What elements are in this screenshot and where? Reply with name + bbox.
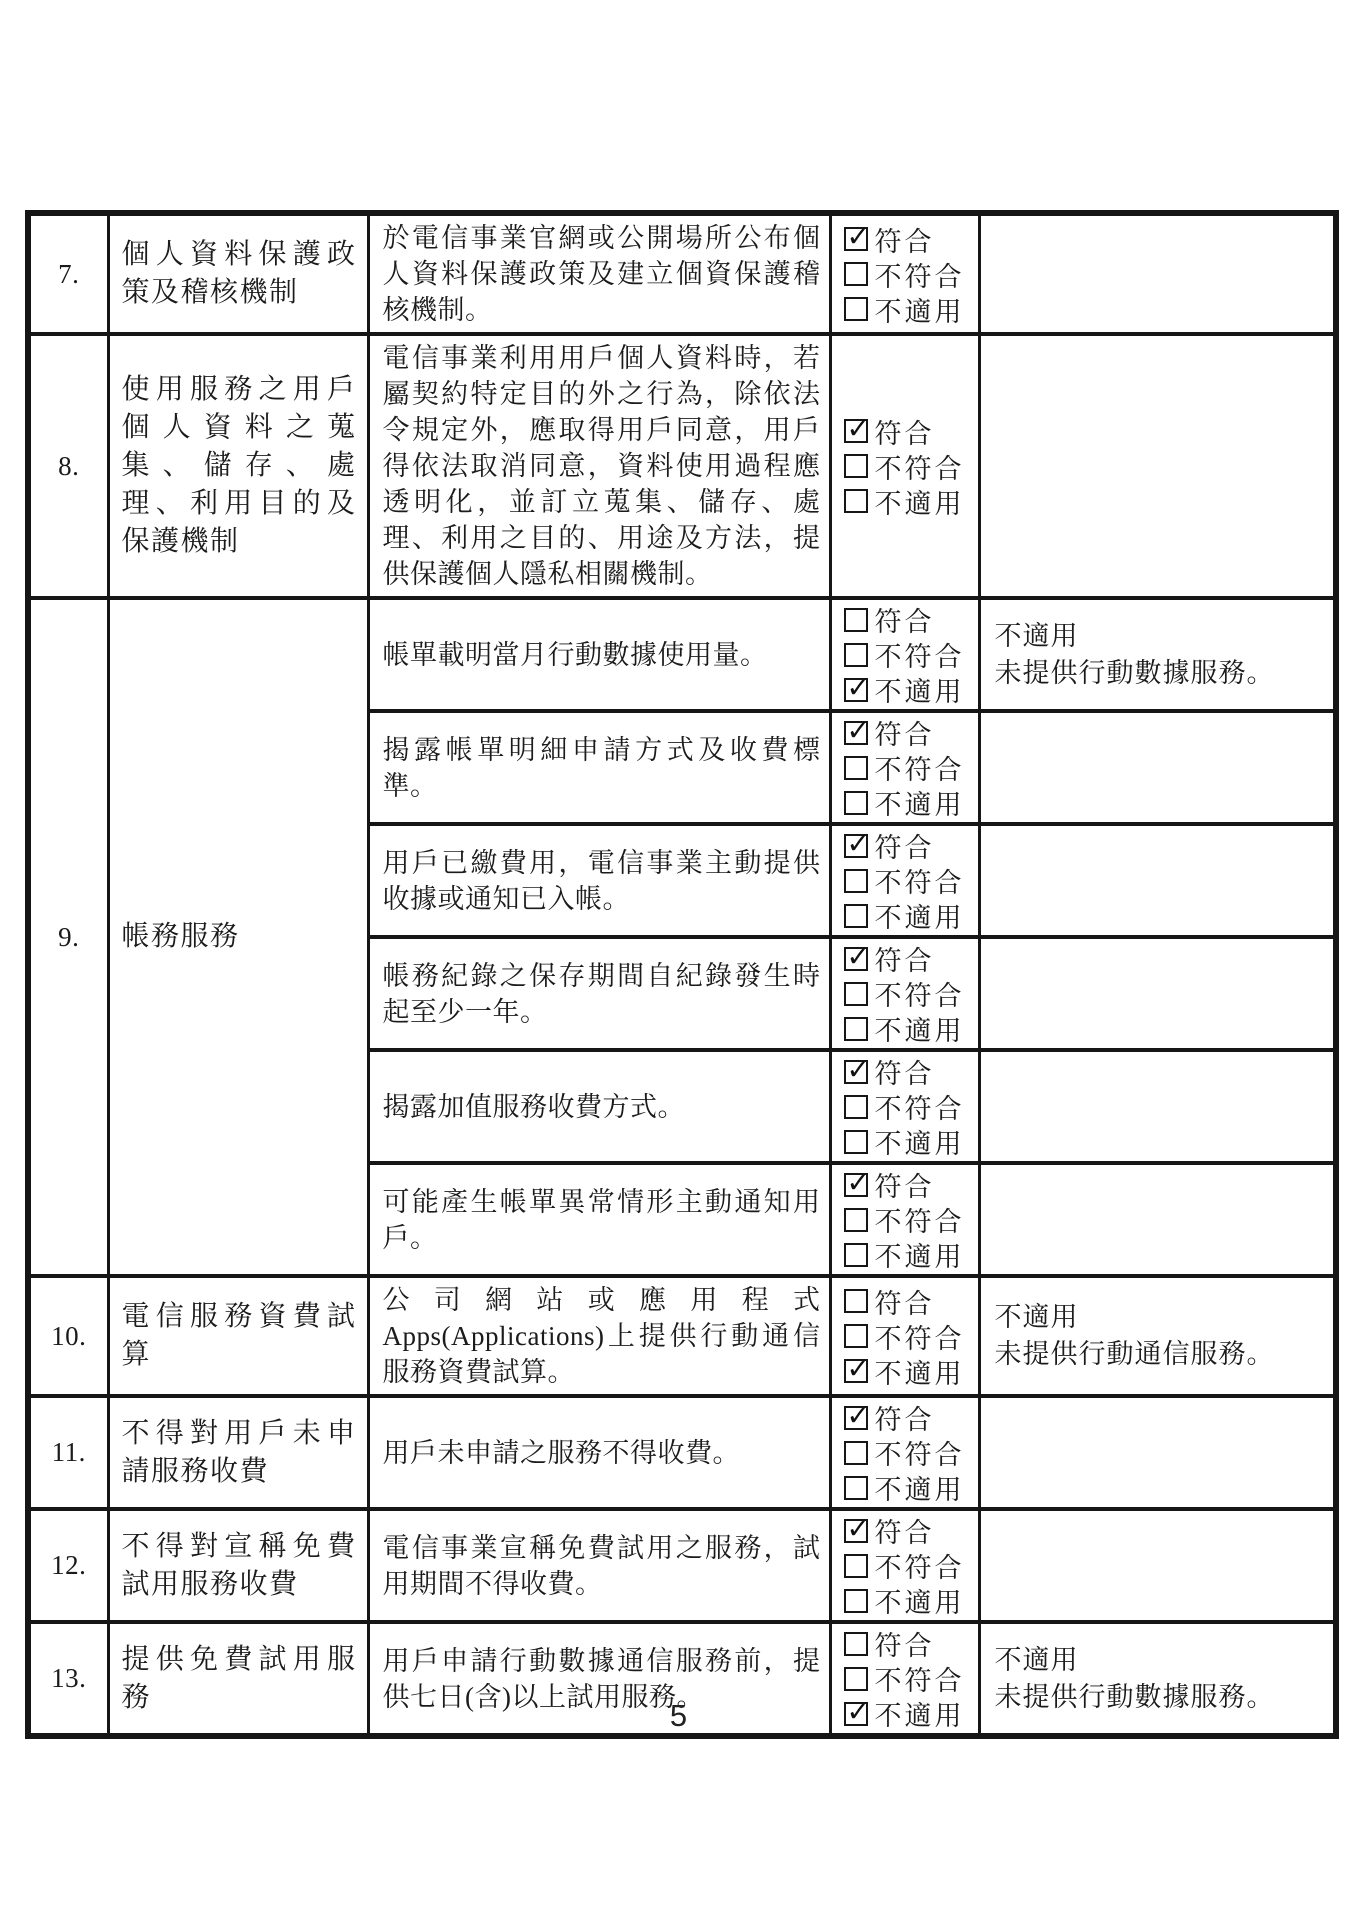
checkbox-label: 符合 (875, 600, 935, 639)
checkbox-label: 符合 (875, 1282, 935, 1321)
checkbox-option: 不適用 (844, 1011, 974, 1046)
checkbox-icon (844, 1173, 868, 1197)
item-name-cell: 使用服務之用戶個人資料之蒐集、儲存、處理、利用目的及保護機制 (108, 334, 368, 598)
checkbox-icon (844, 982, 868, 1006)
checkbox-icon (844, 297, 868, 321)
checkbox-group-cell: 符合 不符合 不適用 (830, 1509, 979, 1622)
row-number-cell: 7. (28, 213, 108, 334)
checkbox-option: 不符合 (844, 1661, 974, 1696)
description-cell: 公司網站或應用程式Apps(Applications)上提供行動通信服務資費試算… (368, 1276, 830, 1396)
checkbox-label: 不適用 (875, 1352, 965, 1391)
checkbox-icon (844, 1243, 868, 1267)
checkbox-group-cell: 符合 不符合 不適用 (830, 824, 979, 937)
table-row: 9. 帳務服務 帳單載明當月行動數據使用量。 符合 不符合 不適用 不適用 未提… (28, 598, 1336, 711)
checkbox-icon (844, 1632, 868, 1656)
row-number-cell: 8. (28, 334, 108, 598)
remark-cell (979, 1163, 1336, 1276)
checkbox-label: 符合 (875, 713, 935, 752)
checkbox-label: 符合 (875, 1165, 935, 1204)
checkbox-icon (844, 721, 868, 745)
remark-cell (979, 1050, 1336, 1163)
checkbox-option: 符合 (844, 1513, 974, 1548)
checkbox-label: 不符合 (875, 861, 965, 900)
item-name-cell: 帳務服務 (108, 598, 368, 1276)
checkbox-label: 符合 (875, 220, 935, 259)
remark-cell (979, 1509, 1336, 1622)
checkbox-icon (844, 1289, 868, 1313)
description-cell: 電信事業宣稱免費試用之服務，試用期間不得收費。 (368, 1509, 830, 1622)
checkbox-label: 不符合 (875, 974, 965, 1013)
checkbox-label: 符合 (875, 1398, 935, 1437)
checkbox-group-cell: 符合 不符合 不適用 (830, 711, 979, 824)
table-row: 7. 個人資料保護政策及稽核機制 於電信事業官網或公開場所公布個人資料保護政策及… (28, 213, 1336, 334)
checkbox-label: 不符合 (875, 1433, 965, 1472)
checkbox-label: 不符合 (875, 1659, 965, 1698)
checkbox-option: 不適用 (844, 672, 974, 707)
checkbox-group-cell: 符合 不符合 不適用 (830, 1276, 979, 1396)
checkbox-icon (844, 227, 868, 251)
checkbox-option: 不符合 (844, 750, 974, 785)
checkbox-option: 符合 (844, 602, 974, 637)
description-cell: 用戶已繳費用，電信事業主動提供收據或通知已入帳。 (368, 824, 830, 937)
checkbox-label: 不適用 (875, 670, 965, 709)
checkbox-group-cell: 符合 不符合 不適用 (830, 1163, 979, 1276)
remark-cell (979, 1396, 1336, 1509)
checkbox-icon (844, 1589, 868, 1613)
description-cell: 揭露帳單明細申請方式及收費標準。 (368, 711, 830, 824)
checkbox-label: 不適用 (875, 1581, 965, 1620)
checkbox-option: 不適用 (844, 898, 974, 933)
checkbox-icon (844, 791, 868, 815)
checkbox-icon (844, 643, 868, 667)
table-row: 12. 不得對宣稱免費試用服務收費 電信事業宣稱免費試用之服務，試用期間不得收費… (28, 1509, 1336, 1622)
checkbox-option: 不符合 (844, 1548, 974, 1583)
checkbox-icon (844, 1095, 868, 1119)
compliance-table: 7. 個人資料保護政策及稽核機制 於電信事業官網或公開場所公布個人資料保護政策及… (25, 210, 1339, 1739)
checkbox-icon (844, 1406, 868, 1430)
checkbox-label: 不符合 (875, 748, 965, 787)
row-number-cell: 12. (28, 1509, 108, 1622)
checkbox-label: 不適用 (875, 1235, 965, 1274)
checkbox-option: 不符合 (844, 1089, 974, 1124)
checkbox-option: 符合 (844, 715, 974, 750)
checkbox-label: 不適用 (875, 783, 965, 822)
checkbox-option: 不適用 (844, 1470, 974, 1505)
checkbox-icon (844, 1017, 868, 1041)
item-name-cell: 不得對宣稱免費試用服務收費 (108, 1509, 368, 1622)
checkbox-icon (844, 1519, 868, 1543)
checkbox-option: 符合 (844, 1284, 974, 1319)
checkbox-option: 不適用 (844, 1237, 974, 1272)
item-name-cell: 電信服務資費試算 (108, 1276, 368, 1396)
checkbox-icon (844, 419, 868, 443)
row-number-cell: 9. (28, 598, 108, 1276)
description-cell: 帳務紀錄之保存期間自紀錄發生時起至少一年。 (368, 937, 830, 1050)
description-cell: 電信事業利用用戶個人資料時，若屬契約特定目的外之行為，除依法令規定外，應取得用戶… (368, 334, 830, 598)
description-cell: 帳單載明當月行動數據使用量。 (368, 598, 830, 711)
remark-cell (979, 213, 1336, 334)
checkbox-label: 不符合 (875, 255, 965, 294)
checkbox-group-cell: 符合 不符合 不適用 (830, 1050, 979, 1163)
checkbox-icon (844, 1130, 868, 1154)
checkbox-group-cell: 符合 不符合 不適用 (830, 213, 979, 334)
checkbox-option: 不適用 (844, 484, 974, 519)
checkbox-option: 不符合 (844, 1319, 974, 1354)
document-page: 7. 個人資料保護政策及稽核機制 於電信事業官網或公開場所公布個人資料保護政策及… (0, 0, 1357, 1920)
checkbox-option: 不適用 (844, 1124, 974, 1159)
checkbox-option: 不適用 (844, 1354, 974, 1389)
checkbox-option: 不適用 (844, 785, 974, 820)
checkbox-icon (844, 1476, 868, 1500)
remark-cell: 不適用 未提供行動數據服務。 (979, 598, 1336, 711)
checkbox-label: 不符合 (875, 1317, 965, 1356)
table-row: 8. 使用服務之用戶個人資料之蒐集、儲存、處理、利用目的及保護機制 電信事業利用… (28, 334, 1336, 598)
checkbox-option: 符合 (844, 828, 974, 863)
checkbox-option: 不適用 (844, 292, 974, 327)
remark-cell: 不適用 未提供行動通信服務。 (979, 1276, 1336, 1396)
checkbox-icon (844, 1208, 868, 1232)
checkbox-label: 不符合 (875, 1546, 965, 1585)
description-cell: 揭露加值服務收費方式。 (368, 1050, 830, 1163)
checkbox-option: 不符合 (844, 1202, 974, 1237)
checkbox-option: 符合 (844, 414, 974, 449)
checkbox-label: 符合 (875, 1511, 935, 1550)
checkbox-option: 不符合 (844, 1435, 974, 1470)
checkbox-option: 不適用 (844, 1583, 974, 1618)
checkbox-icon (844, 678, 868, 702)
checkbox-label: 不適用 (875, 290, 965, 329)
description-cell: 於電信事業官網或公開場所公布個人資料保護政策及建立個資保護稽核機制。 (368, 213, 830, 334)
checkbox-label: 不適用 (875, 482, 965, 521)
checkbox-option: 符合 (844, 1054, 974, 1089)
checkbox-icon (844, 454, 868, 478)
checkbox-icon (844, 869, 868, 893)
remark-cell (979, 937, 1336, 1050)
checkbox-icon (844, 904, 868, 928)
checkbox-label: 不符合 (875, 447, 965, 486)
row-number-cell: 10. (28, 1276, 108, 1396)
checkbox-label: 不適用 (875, 1009, 965, 1048)
table-row: 11. 不得對用戶未申請服務收費 用戶未申請之服務不得收費。 符合 不符合 不適… (28, 1396, 1336, 1509)
checkbox-option: 符合 (844, 1400, 974, 1435)
checkbox-option: 符合 (844, 222, 974, 257)
checkbox-label: 符合 (875, 1052, 935, 1091)
checkbox-icon (844, 489, 868, 513)
checkbox-group-cell: 符合 不符合 不適用 (830, 334, 979, 598)
checkbox-label: 不適用 (875, 1122, 965, 1161)
table-row: 10. 電信服務資費試算 公司網站或應用程式Apps(Applications)… (28, 1276, 1336, 1396)
checkbox-option: 不符合 (844, 257, 974, 292)
checkbox-icon (844, 1667, 868, 1691)
checkbox-icon (844, 1060, 868, 1084)
checkbox-label: 符合 (875, 412, 935, 451)
checkbox-option: 不符合 (844, 976, 974, 1011)
checkbox-label: 符合 (875, 939, 935, 978)
checkbox-label: 不適用 (875, 896, 965, 935)
row-number-cell: 11. (28, 1396, 108, 1509)
description-cell: 可能產生帳單異常情形主動通知用戶。 (368, 1163, 830, 1276)
checkbox-icon (844, 947, 868, 971)
checkbox-icon (844, 756, 868, 780)
checkbox-label: 符合 (875, 1624, 935, 1663)
checkbox-option: 符合 (844, 1626, 974, 1661)
checkbox-icon (844, 608, 868, 632)
checkbox-option: 不符合 (844, 863, 974, 898)
checkbox-icon (844, 834, 868, 858)
checkbox-icon (844, 1359, 868, 1383)
checkbox-label: 不適用 (875, 1468, 965, 1507)
item-name-cell: 個人資料保護政策及稽核機制 (108, 213, 368, 334)
checkbox-option: 符合 (844, 1167, 974, 1202)
checkbox-label: 不符合 (875, 1200, 965, 1239)
checkbox-option: 符合 (844, 941, 974, 976)
remark-cell (979, 711, 1336, 824)
checkbox-option: 不符合 (844, 449, 974, 484)
checkbox-label: 符合 (875, 826, 935, 865)
checkbox-label: 不符合 (875, 635, 965, 674)
checkbox-icon (844, 1441, 868, 1465)
remark-cell (979, 334, 1336, 598)
checkbox-icon (844, 262, 868, 286)
checkbox-group-cell: 符合 不符合 不適用 (830, 598, 979, 711)
checkbox-label: 不符合 (875, 1087, 965, 1126)
description-cell: 用戶未申請之服務不得收費。 (368, 1396, 830, 1509)
page-number: 5 (0, 1698, 1357, 1734)
checkbox-group-cell: 符合 不符合 不適用 (830, 1396, 979, 1509)
checkbox-group-cell: 符合 不符合 不適用 (830, 937, 979, 1050)
item-name-cell: 不得對用戶未申請服務收費 (108, 1396, 368, 1509)
checkbox-option: 不符合 (844, 637, 974, 672)
checkbox-icon (844, 1554, 868, 1578)
checkbox-icon (844, 1324, 868, 1348)
remark-cell (979, 824, 1336, 937)
